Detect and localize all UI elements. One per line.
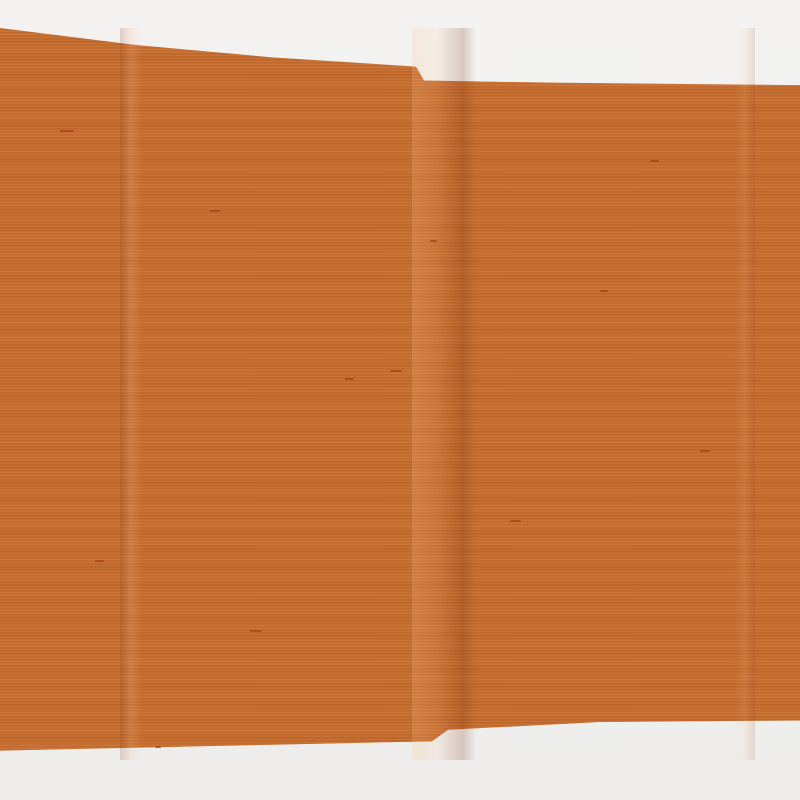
slub: [430, 240, 437, 242]
slub: [510, 520, 521, 522]
fabric-fold-left: [120, 28, 142, 760]
fabric-fold-center: [412, 28, 462, 760]
slub: [390, 370, 402, 372]
slub: [95, 560, 104, 562]
fabric-fold-center-shadow: [462, 28, 476, 760]
slub: [345, 378, 354, 380]
fabric-fold-right: [735, 28, 755, 760]
slub: [60, 130, 74, 132]
slub: [210, 210, 220, 212]
slub: [600, 290, 608, 292]
slub: [700, 450, 710, 452]
slub: [250, 630, 262, 632]
slub: [155, 746, 161, 748]
slub: [650, 160, 659, 162]
